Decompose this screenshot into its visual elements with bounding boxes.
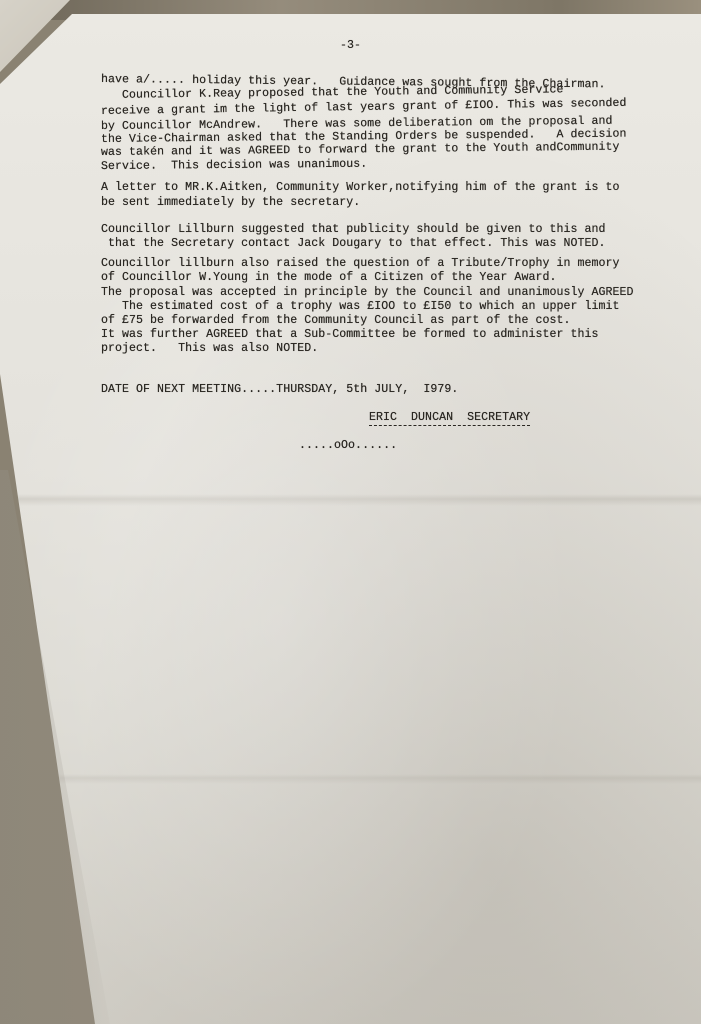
body-line: that the Secretary contact Jack Dougary … [101, 238, 606, 250]
end-mark: .....oOo...... [299, 440, 397, 452]
next-meeting-line: DATE OF NEXT MEETING.....THURSDAY, 5th J… [101, 384, 458, 396]
body-line: Service. This decision was unanimous. [101, 159, 367, 173]
secretary-signature: ERIC DUNCAN SECRETARY [369, 412, 530, 426]
body-line: A letter to MR.K.Aitken, Community Worke… [101, 182, 620, 194]
body-line: It was further AGREED that a Sub-Committ… [101, 329, 599, 341]
body-line: project. This was also NOTED. [101, 343, 318, 355]
body-line: Councillor lillburn also raised the ques… [101, 258, 620, 270]
page-number: -3- [340, 40, 361, 52]
body-line: of £75 be forwarded from the Community C… [101, 315, 571, 327]
body-line: be sent immediately by the secretary. [101, 197, 360, 209]
body-line: The estimated cost of a trophy was £IOO … [101, 301, 620, 313]
body-line: of Councillor W.Young in the mode of a C… [101, 272, 556, 284]
body-line: Councillor Lillburn suggested that publi… [101, 224, 606, 236]
body-line: The proposal was accepted in principle b… [101, 287, 634, 299]
